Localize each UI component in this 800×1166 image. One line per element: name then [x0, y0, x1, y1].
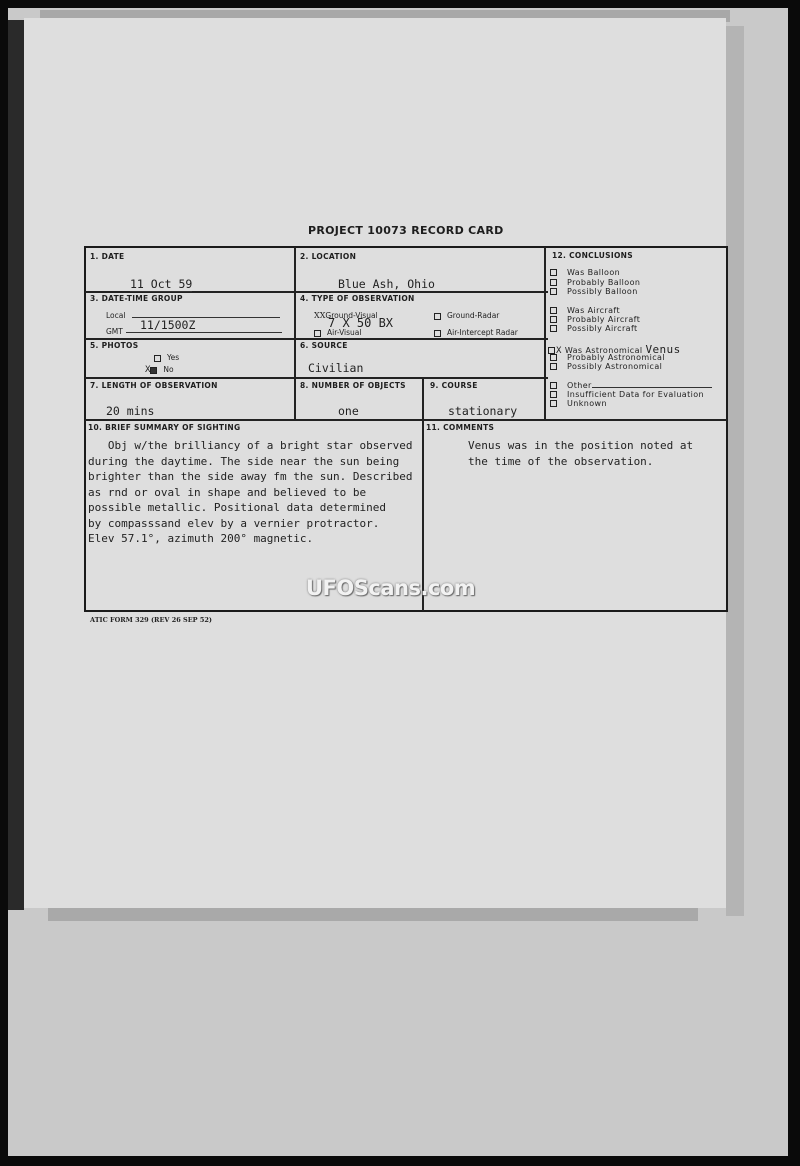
source-label: 6. SOURCE — [300, 341, 348, 350]
photos-label: 5. PHOTOS — [90, 341, 138, 350]
checkbox-icon — [550, 382, 557, 389]
divider — [540, 338, 548, 340]
comments-text: Venus was in the position noted at the t… — [468, 438, 728, 469]
film-edge — [8, 20, 24, 910]
checkbox-icon — [154, 355, 161, 362]
conclusion-possibly-balloon: Possibly Balloon — [550, 287, 638, 296]
checkbox-icon — [434, 313, 441, 320]
binocular-annotation: 7 X 50 BX — [328, 316, 393, 330]
checkbox-icon — [150, 367, 157, 374]
length-of-observation-label: 7. LENGTH OF OBSERVATION — [90, 381, 218, 390]
gmt-time-label: GMT — [106, 327, 123, 336]
form-identifier: ATIC FORM 329 (REV 26 SEP 52) — [90, 616, 212, 624]
divider — [540, 377, 548, 379]
paper-shadow — [48, 907, 698, 921]
checkbox-icon — [550, 391, 557, 398]
checkbox-icon — [550, 354, 557, 361]
divider — [85, 338, 545, 340]
length-of-observation-value: 20 mins — [106, 404, 154, 418]
checkbox-icon — [550, 307, 557, 314]
conclusion-probably-balloon: Probably Balloon — [550, 278, 640, 287]
source-value: Civilian — [308, 361, 363, 375]
type-of-observation-label: 4. TYPE OF OBSERVATION — [300, 294, 415, 303]
checkbox-icon — [550, 325, 557, 332]
conclusion-was-balloon: Was Balloon — [550, 268, 620, 277]
checked-mark: XX — [314, 311, 325, 320]
paper-shadow — [726, 26, 744, 916]
gmt-time-value: 11/1500Z — [126, 318, 282, 333]
checkbox-icon — [550, 363, 557, 370]
air-intercept-radar-option: Air-Intercept Radar — [434, 328, 518, 337]
photos-no-option: XNo — [145, 365, 174, 375]
conclusion-insufficient-data: Insufficient Data for Evaluation — [550, 390, 704, 399]
course-label: 9. COURSE — [430, 381, 478, 390]
checkbox-icon — [434, 330, 441, 337]
conclusion-unknown: Unknown — [550, 399, 607, 408]
conclusion-probably-astronomical: Probably Astronomical — [550, 353, 665, 362]
brief-summary-text: Obj w/the brilliancy of a bright star ob… — [88, 438, 458, 547]
divider — [544, 247, 546, 419]
conclusion-was-aircraft: Was Aircraft — [550, 306, 620, 315]
divider — [540, 291, 548, 293]
number-of-objects-label: 8. NUMBER OF OBJECTS — [300, 381, 406, 390]
photos-yes-option: Yes — [154, 353, 179, 362]
date-time-group-label: 3. DATE-TIME GROUP — [90, 294, 183, 303]
brief-summary-label: 10. BRIEF SUMMARY OF SIGHTING — [88, 423, 240, 432]
number-of-objects-value: one — [338, 404, 359, 418]
location-label: 2. LOCATION — [300, 252, 356, 261]
ground-radar-option: Ground-Radar — [434, 311, 499, 320]
date-value: 11 Oct 59 — [130, 277, 192, 292]
checkbox-icon — [550, 279, 557, 286]
checkbox-icon — [550, 316, 557, 323]
conclusion-probably-aircraft: Probably Aircraft — [550, 315, 640, 324]
checkbox-icon — [550, 400, 557, 407]
conclusion-possibly-astronomical: Possibly Astronomical — [550, 362, 662, 371]
checkbox-icon — [550, 269, 557, 276]
divider — [85, 377, 545, 379]
date-label: 1. DATE — [90, 252, 124, 261]
checkbox-icon — [314, 330, 321, 337]
divider — [85, 419, 727, 421]
course-value: stationary — [448, 404, 517, 418]
conclusions-label: 12. CONCLUSIONS — [552, 251, 633, 260]
checkbox-icon — [550, 288, 557, 295]
card-title: PROJECT 10073 RECORD CARD — [308, 224, 504, 237]
conclusion-possibly-aircraft: Possibly Aircraft — [550, 324, 638, 333]
watermark: UFOScans.com — [306, 576, 475, 600]
conclusion-other: Other — [550, 381, 712, 390]
location-value: Blue Ash, Ohio — [338, 277, 435, 291]
comments-label: 11. COMMENTS — [426, 423, 494, 432]
divider — [294, 247, 296, 419]
